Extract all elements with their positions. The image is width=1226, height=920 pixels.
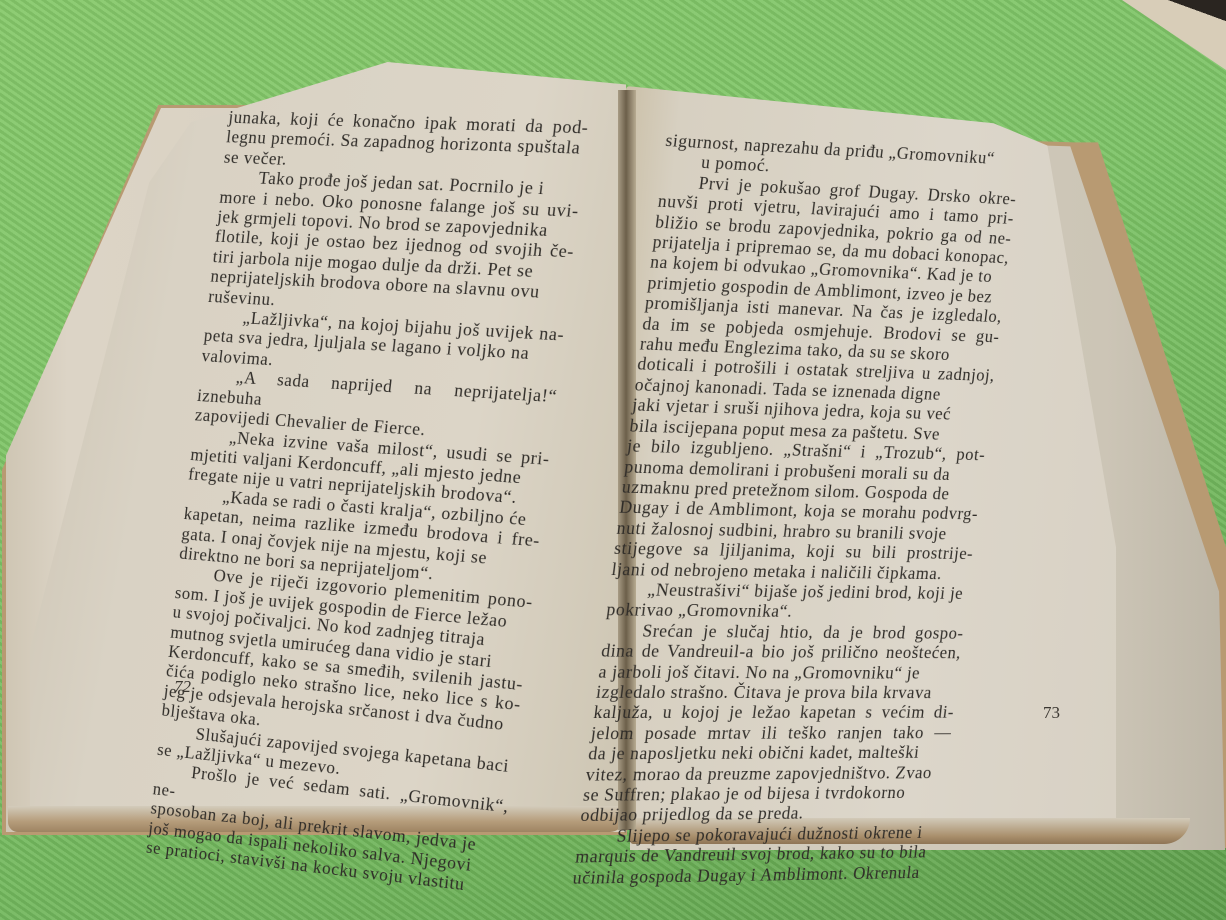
text-line: kaljuža, u kojoj je ležao kapetan s veći… bbox=[592, 702, 955, 723]
text-line: da je naposljetku neki obični kadet, mal… bbox=[587, 742, 950, 764]
text-line: dina de Vandreuil-a bio još prilično neo… bbox=[600, 641, 962, 663]
open-book: junaka, koji će konačno ipak morati da p… bbox=[0, 0, 1226, 920]
left-page-number: 72 bbox=[174, 677, 191, 697]
text-line: izgledalo strašno. Čitava je prova bila … bbox=[595, 682, 958, 703]
text-line: jelom posade mrtav ili teško ranjen tako… bbox=[590, 722, 953, 743]
right-page-number: 73 bbox=[1043, 703, 1060, 723]
text-line: Srećan je slučaj htio, da je brod gospo- bbox=[603, 620, 965, 643]
text-line: se Suffren; plakao je od bijesa i tvrdok… bbox=[582, 782, 946, 805]
text-line: vitez, morao da preuzme zapovjedništvo. … bbox=[585, 762, 948, 785]
text-line: pokrivao „Gromovnika“. bbox=[605, 599, 967, 623]
text-line: a jarboli još čitavi. No na „Gromovniku“… bbox=[598, 661, 960, 682]
